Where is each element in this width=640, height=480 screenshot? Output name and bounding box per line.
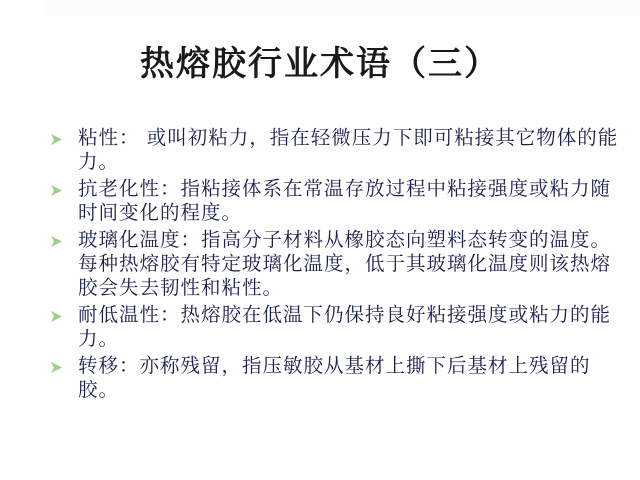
arrow-right-icon	[50, 184, 63, 197]
arrow-right-icon	[50, 361, 63, 374]
list-item-text: 耐低温性：热熔胶在低温下仍保持良好粘接强度或粘力的能力。	[78, 303, 620, 351]
arrow-right-icon	[50, 133, 63, 146]
list-item: 玻璃化温度：指高分子材料从橡胶态向塑料态转变的温度。每种热熔胶有特定玻璃化温度，…	[50, 228, 620, 300]
arrow-right-icon	[50, 235, 63, 248]
bullet-list: 粘性： 或叫初粘力，指在轻微压力下即可粘接其它物体的能力。 抗老化性：指粘接体系…	[50, 126, 620, 405]
list-item-text: 转移：亦称残留，指压敏胶从基材上撕下后基材上残留的胶。	[78, 354, 620, 402]
slide-title: 热熔胶行业术语（三）	[0, 36, 640, 85]
top-band	[43, 0, 640, 15]
list-item: 粘性： 或叫初粘力，指在轻微压力下即可粘接其它物体的能力。	[50, 126, 620, 174]
arrow-right-icon	[50, 310, 63, 323]
list-item-text: 粘性： 或叫初粘力，指在轻微压力下即可粘接其它物体的能力。	[78, 126, 620, 174]
list-item-text: 玻璃化温度：指高分子材料从橡胶态向塑料态转变的温度。每种热熔胶有特定玻璃化温度，…	[78, 228, 620, 300]
list-item: 抗老化性：指粘接体系在常温存放过程中粘接强度或粘力随时间变化的程度。	[50, 177, 620, 225]
list-item: 耐低温性：热熔胶在低温下仍保持良好粘接强度或粘力的能力。	[50, 303, 620, 351]
slide: 热熔胶行业术语（三） 粘性： 或叫初粘力，指在轻微压力下即可粘接其它物体的能力。…	[0, 0, 640, 480]
list-item-text: 抗老化性：指粘接体系在常温存放过程中粘接强度或粘力随时间变化的程度。	[78, 177, 620, 225]
list-item: 转移：亦称残留，指压敏胶从基材上撕下后基材上残留的胶。	[50, 354, 620, 402]
